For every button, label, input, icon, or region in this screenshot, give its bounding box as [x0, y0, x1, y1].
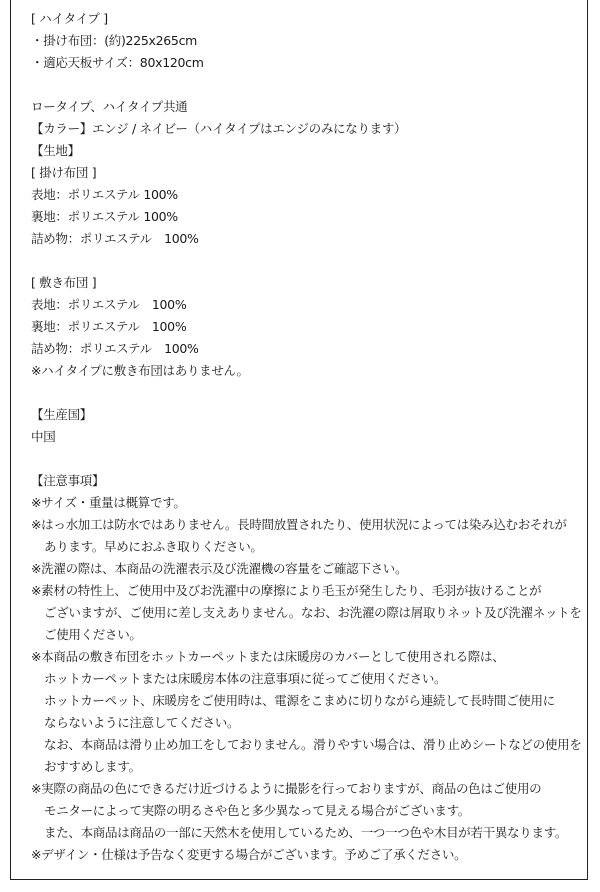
fabric-heading: 【生地】: [31, 140, 591, 162]
kake-item: 表地：ポリエステル 100%: [31, 184, 591, 206]
shiki-note: ※ハイタイプに敷き布団はありません。: [31, 360, 591, 382]
spacer: [31, 448, 591, 470]
spacer: [31, 382, 591, 404]
origin-heading: 【生産国】: [31, 404, 591, 426]
shiki-item: 裏地：ポリエステル 100%: [31, 316, 591, 338]
note-line: ホットカーペットまたは床暖房本体の注意事項に従ってご使用ください。: [31, 668, 591, 690]
origin-value: 中国: [31, 426, 591, 448]
note-line: ホットカーペット、床暖房をご使用時は、電源をこまめに切りながら連続して長時間ご使…: [31, 690, 591, 712]
note-line: ございますが、ご使用に差し支えありません。なお、お洗濯の際は屑取りネット及び洗濯…: [31, 602, 591, 624]
common-heading: ロータイプ、ハイタイプ共通: [31, 96, 591, 118]
high-type-heading: [ ハイタイプ ]: [31, 8, 591, 30]
note-line: ならないように注意してください。: [31, 712, 591, 734]
shiki-heading: [ 敷き布団 ]: [31, 272, 591, 294]
high-type-item: ・掛け布団：(約)225x265cm: [31, 30, 591, 52]
note-line: また、本商品は商品の一部に天然木を使用しているため、一つ一つ色や木目が若干異なり…: [31, 822, 591, 844]
spacer: [31, 250, 591, 272]
high-type-item: ・適応天板サイズ：80x120cm: [31, 52, 591, 74]
shiki-item: 詰め物：ポリエステル 100%: [31, 338, 591, 360]
note-line: ※洗濯の際は、本商品の洗濯表示及び洗濯機の容量をご確認下さい。: [31, 558, 591, 580]
note-line: おすすめします。: [31, 756, 591, 778]
note-line: ※本商品の敷き布団をホットカーペットまたは床暖房のカバーとして使用される際は、: [31, 646, 591, 668]
note-line: モニターによって実際の明るさや色と多少異なって見える場合がございます。: [31, 800, 591, 822]
note-line: ※素材の特性上、ご使用中及びお洗濯中の摩擦により毛玉が発生したり、毛羽が抜けるこ…: [31, 580, 591, 602]
spec-content: [ ハイタイプ ] ・掛け布団：(約)225x265cm ・適応天板サイズ：80…: [31, 8, 591, 866]
spec-box: [ ハイタイプ ] ・掛け布団：(約)225x265cm ・適応天板サイズ：80…: [10, 0, 588, 880]
note-line: ※サイズ・重量は概算です。: [31, 492, 591, 514]
kake-heading: [ 掛け布団 ]: [31, 162, 591, 184]
note-line: なお、本商品は滑り止め加工をしておりません。滑りやすい場合は、滑り止めシートなど…: [31, 734, 591, 756]
notes-heading: 【注意事項】: [31, 470, 591, 492]
kake-item: 裏地：ポリエステル 100%: [31, 206, 591, 228]
note-line: あります。早めにおふき取りください。: [31, 536, 591, 558]
note-line: ※はっ水加工は防水ではありません。長時間放置されたり、使用状況によっては染み込む…: [31, 514, 591, 536]
color-line: 【カラー】エンジ / ネイビー（ハイタイプはエンジのみになります）: [31, 118, 591, 140]
kake-item: 詰め物：ポリエステル 100%: [31, 228, 591, 250]
note-line: ※実際の商品の色にできるだけ近づけるように撮影を行っておりますが、商品の色はご使…: [31, 778, 591, 800]
shiki-item: 表地：ポリエステル 100%: [31, 294, 591, 316]
note-line: ご使用ください。: [31, 624, 591, 646]
note-line: ※デザイン・仕様は予告なく変更する場合がございます。予めご了承ください。: [31, 844, 591, 866]
spacer: [31, 74, 591, 96]
